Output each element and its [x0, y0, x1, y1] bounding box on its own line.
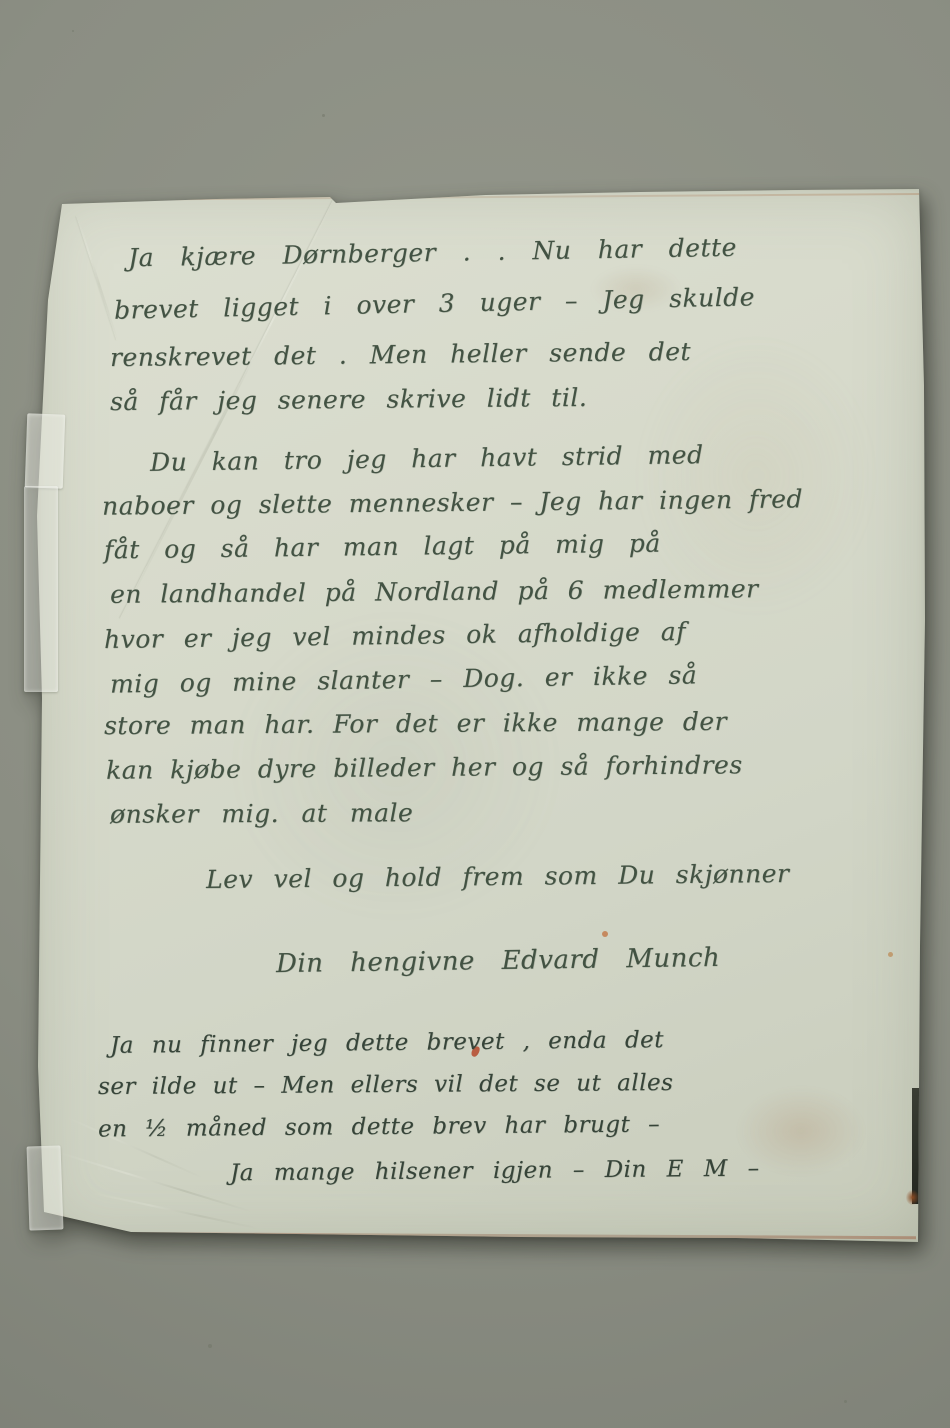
- handwriting-line-3: renskrevet det . Men heller sende det: [110, 337, 691, 372]
- photo-background: Ja kjære Dørnberger . . Nu har dette bre…: [0, 0, 950, 1428]
- handwriting-line-11: store man har. For det er ikke mange der: [104, 707, 727, 740]
- signature-line: Din hengivne Edvard Munch: [276, 943, 721, 979]
- letter-photo: Ja kjære Dørnberger . . Nu har dette bre…: [0, 0, 950, 1428]
- tape-repair: [27, 1145, 64, 1230]
- handwriting-line-4: så får jeg senere skrive lidt til.: [110, 383, 587, 416]
- handwriting-line-19: Ja mange hilsener igjen – Din E M –: [230, 1156, 760, 1187]
- handwriting-line-17: ser ilde ut – Men ellers vil det se ut a…: [98, 1070, 674, 1100]
- tape-repair: [25, 413, 66, 488]
- handwriting-line-18: en ½ måned som dette brev har brugt –: [98, 1112, 660, 1143]
- handwriting-line-12: kan kjøbe dyre billeder her og så forhin…: [106, 750, 743, 785]
- handwriting-line-14: Lev vel og hold frem som Du skjønner: [206, 859, 790, 894]
- handwriting-line-8: en landhandel på Nordland på 6 medlemmer: [110, 574, 759, 609]
- handwriting-line-13: ønsker mig. at male: [110, 798, 413, 829]
- tape-repair: [24, 486, 58, 692]
